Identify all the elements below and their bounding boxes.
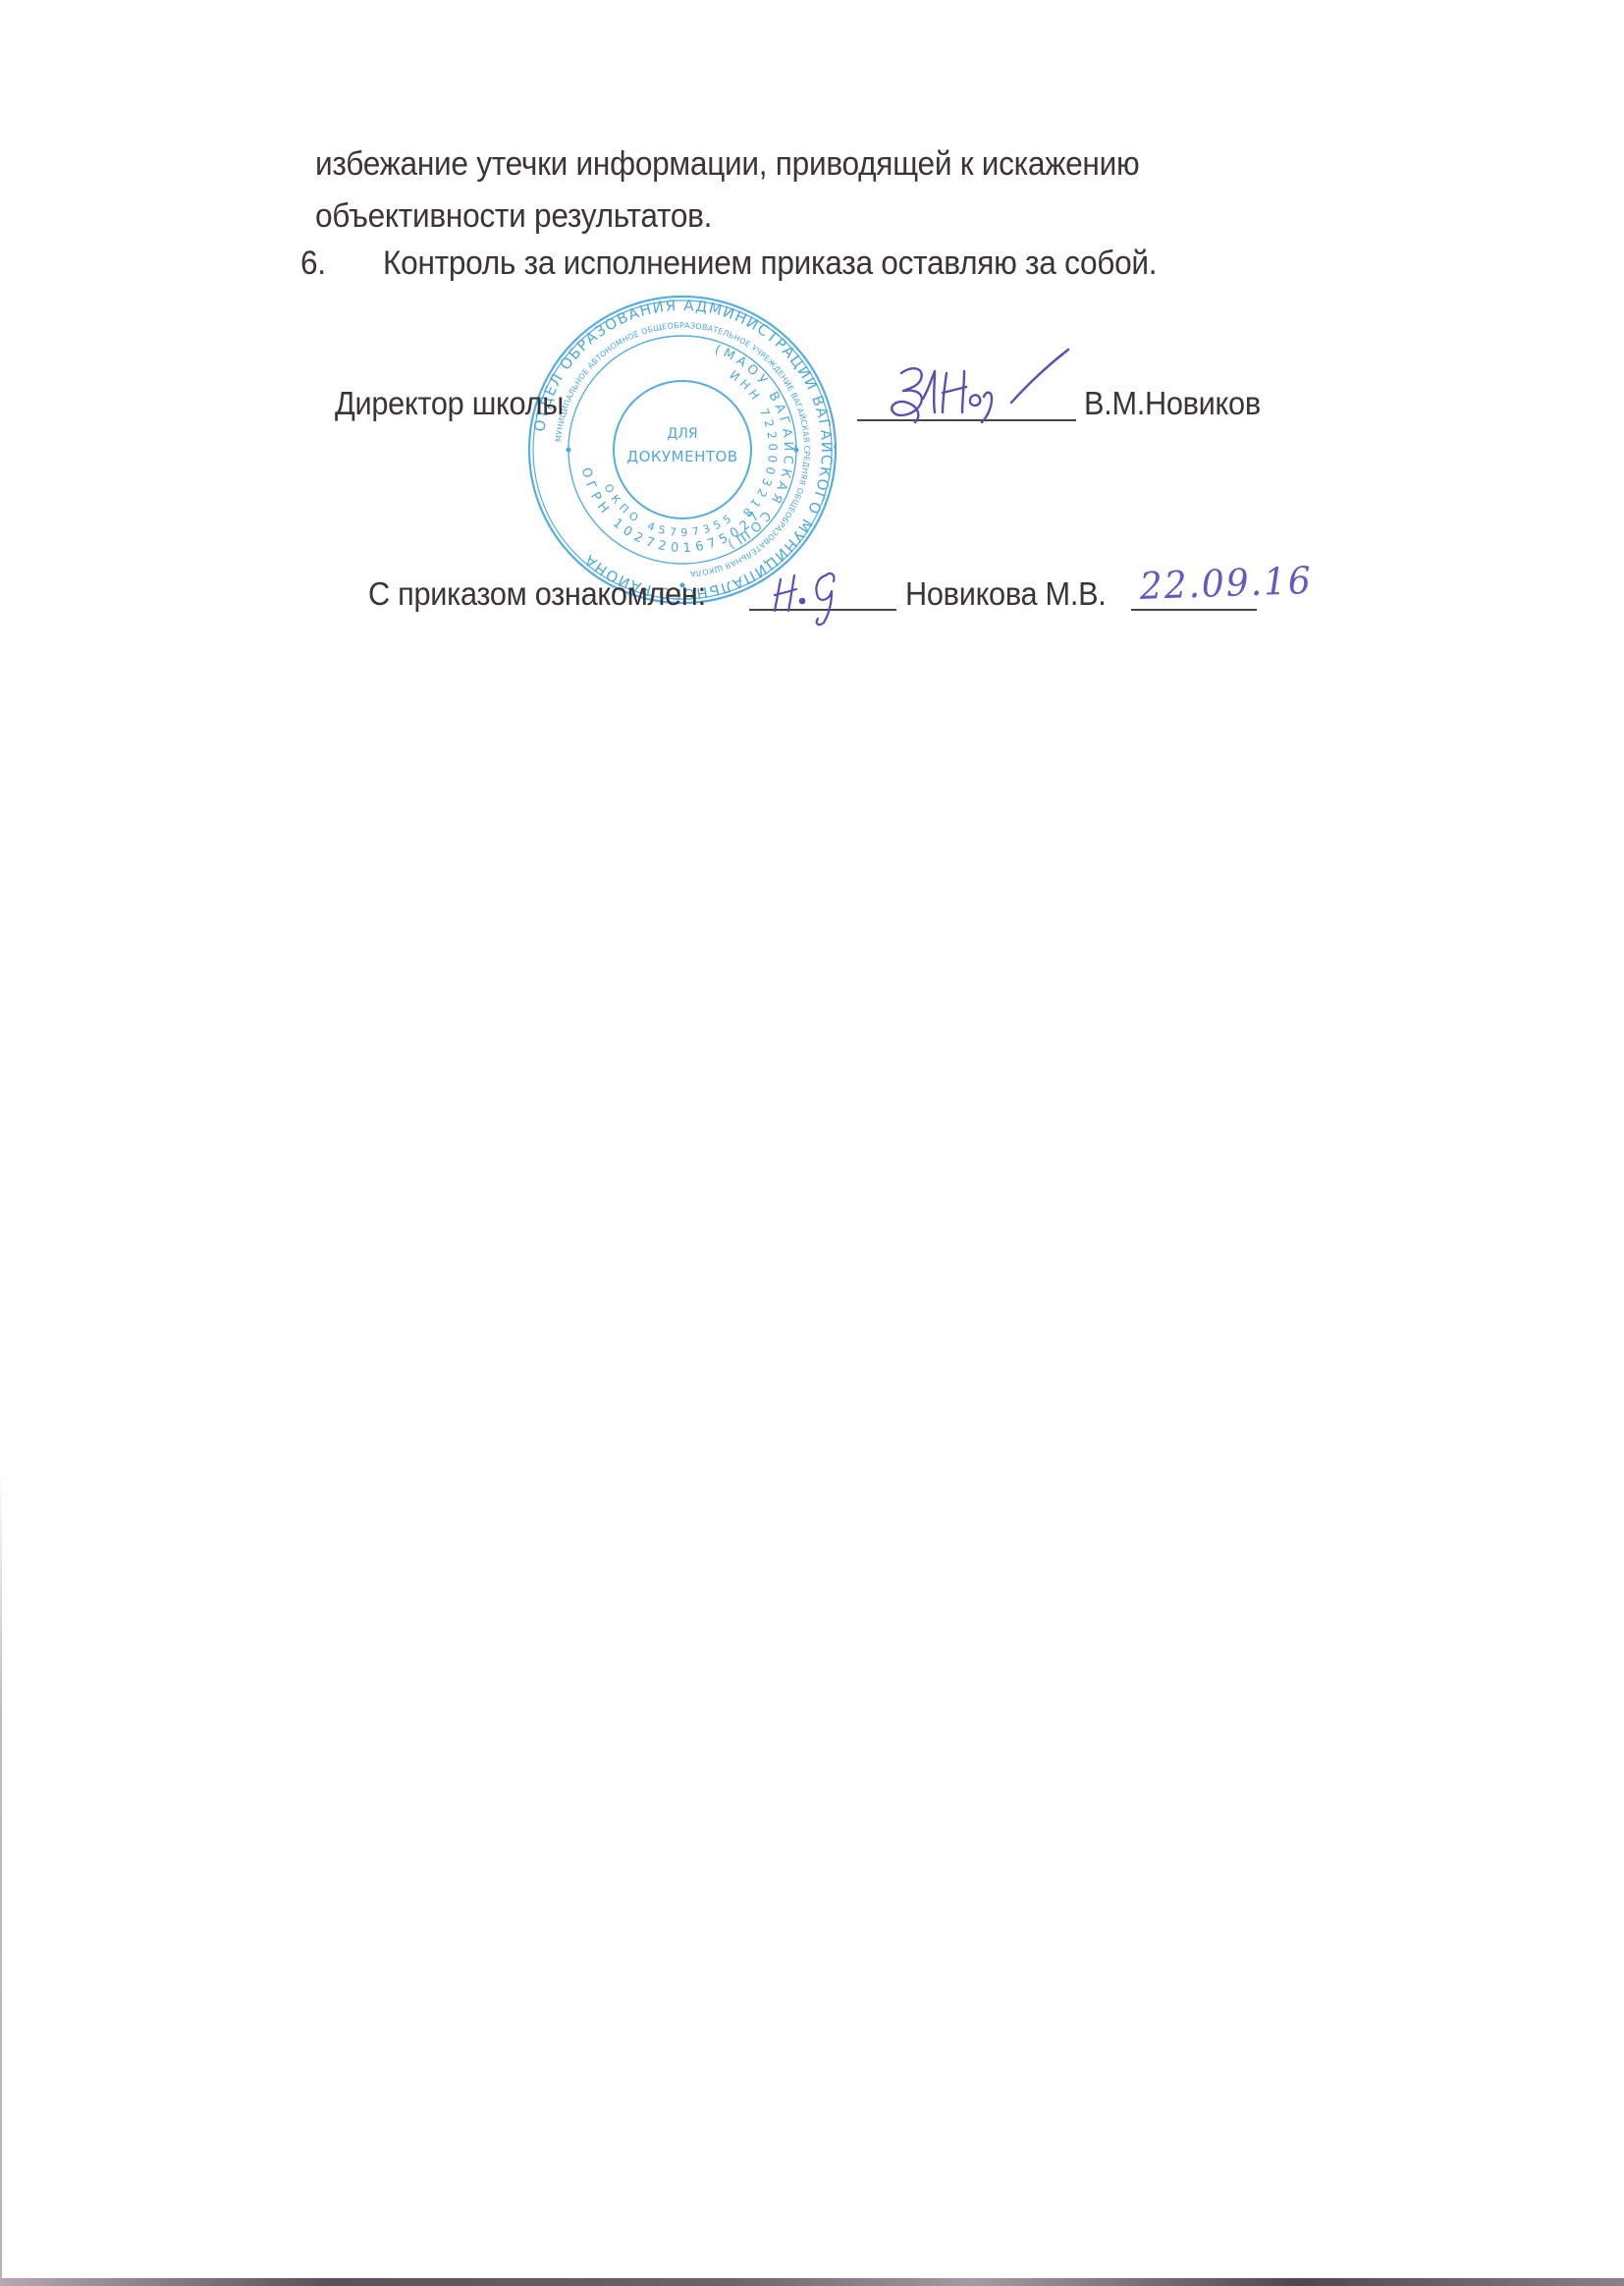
acknowledgement-name: Новикова М.В. [905,575,1107,613]
acknowledgement-date-line [1131,609,1257,611]
acknowledgement-date: 22.09.16 [1139,559,1313,608]
body-text-line: избежание утечки информации, приводящей … [315,145,1139,184]
acknowledgement-label: С приказом ознакомлен: [368,575,706,613]
scanner-edge-bottom [0,2278,1624,2286]
scanner-edge-left [0,1473,2,2286]
scanned-document-page: избежание утечки информации, приводящей … [0,0,1624,2286]
list-item-text: Контроль за исполнением приказа оставляю… [383,245,1157,283]
stamp-center-line1: ДЛЯ [667,426,697,442]
director-signature [864,344,1080,427]
acknowledgement-signature [761,558,869,626]
stamp-center-line2: ДОКУМЕНТОВ [626,448,737,465]
director-name: В.М.Новиков [1084,385,1261,422]
body-text-line: объективности результатов. [315,197,712,236]
director-label: Директор школы [335,385,564,422]
list-item-number: 6. [300,245,326,283]
